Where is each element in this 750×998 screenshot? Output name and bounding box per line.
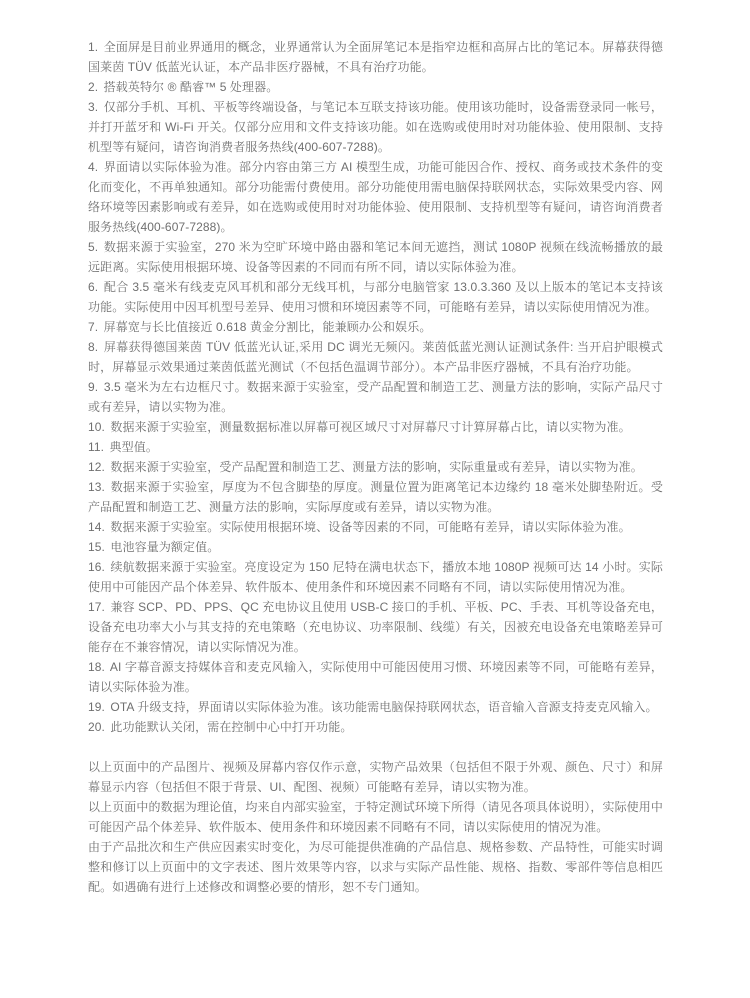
footnote-item: 9. 3.5 毫米为左右边框尺寸。数据来源于实验室，受产品配置和制造工艺、测量方…	[88, 377, 663, 417]
footnote-item: 4. 界面请以实际体验为准。部分内容由第三方 AI 模型生成，功能可能因合作、授…	[88, 157, 663, 237]
footnote-item: 12. 数据来源于实验室，受产品配置和制造工艺、测量方法的影响，实际重量或有差异…	[88, 457, 663, 477]
footnote-item: 8. 屏幕获得德国莱茵 TÜV 低蓝光认证,采用 DC 调光无频闪。莱茵低蓝光测…	[88, 337, 663, 377]
footnote-item: 14. 数据来源于实验室。实际使用根据环境、设备等因素的不同，可能略有差异，请以…	[88, 517, 663, 537]
footnote-number: 7.	[88, 320, 98, 334]
footnote-text: 界面请以实际体验为准。部分内容由第三方 AI 模型生成，功能可能因合作、授权、商…	[88, 160, 663, 234]
footnote-item: 1. 全面屏是目前业界通用的概念，业界通常认为全面屏笔记本是指窄边框和高屏占比的…	[88, 37, 663, 77]
footnote-item: 15. 电池容量为额定值。	[88, 537, 663, 557]
footnote-text: 典型值。	[110, 440, 158, 454]
footnote-item: 7. 屏幕宽与长比值接近 0.618 黄金分割比，能兼顾办公和娱乐。	[88, 317, 663, 337]
footnote-text: 兼容 SCP、PD、PPS、QC 充电协议且使用 USB-C 接口的手机、平板、…	[88, 600, 663, 654]
footnote-item: 16. 续航数据来源于实验室。亮度设定为 150 尼特在满电状态下，播放本地 1…	[88, 557, 663, 597]
footnote-number: 12.	[88, 460, 105, 474]
footnote-text: 电池容量为额定值。	[110, 540, 219, 554]
footnote-number: 11.	[88, 440, 104, 454]
footnote-item: 19. OTA 升级支持，界面请以实际体验为准。该功能需电脑保持联网状态，语音输…	[88, 697, 663, 717]
footnote-item: 3. 仅部分手机、耳机、平板等终端设备，与笔记本互联支持该功能。使用该功能时，设…	[88, 97, 663, 157]
disclaimer-section: 以上页面中的产品图片、视频及屏幕内容仅作示意，实物产品效果（包括但不限于外观、颜…	[88, 757, 663, 897]
product-disclaimer-page: 1. 全面屏是目前业界通用的概念，业界通常认为全面屏笔记本是指窄边框和高屏占比的…	[0, 0, 750, 998]
footnote-number: 19.	[88, 700, 105, 714]
footnote-text: 数据来源于实验室。实际使用根据环境、设备等因素的不同，可能略有差异，请以实际体验…	[110, 520, 630, 534]
disclaimer-paragraph: 以上页面中的数据为理论值，均来自内部实验室，于特定测试环境下所得（请见各项具体说…	[88, 797, 663, 837]
footnote-item: 11. 典型值。	[88, 437, 663, 457]
footnote-text: 配合 3.5 毫米有线麦克风耳机和部分无线耳机，与部分电脑管家 13.0.3.3…	[88, 280, 663, 314]
footnote-number: 2.	[88, 80, 98, 94]
footnote-text: OTA 升级支持，界面请以实际体验为准。该功能需电脑保持联网状态，语音输入音源支…	[110, 700, 657, 714]
footnotes-list: 1. 全面屏是目前业界通用的概念，业界通常认为全面屏笔记本是指窄边框和高屏占比的…	[88, 37, 663, 737]
footnote-item: 20. 此功能默认关闭，需在控制中心中打开功能。	[88, 717, 663, 737]
footnote-text: 数据来源于实验室，受产品配置和制造工艺、测量方法的影响，实际重量或有差异，请以实…	[110, 460, 642, 474]
footnote-text: AI 字幕音源支持媒体音和麦克风输入，实际使用中可能因使用习惯、环境因素等不同，…	[88, 660, 663, 694]
footnote-text: 全面屏是目前业界通用的概念，业界通常认为全面屏笔记本是指窄边框和高屏占比的笔记本…	[88, 40, 663, 74]
footnote-number: 6.	[88, 280, 98, 294]
footnote-number: 4.	[88, 160, 98, 174]
footnote-number: 9.	[88, 380, 98, 394]
footnote-text: 数据来源于实验室，测量数据标准以屏幕可视区域尺寸对屏幕尺寸计算屏幕占比，请以实物…	[110, 420, 630, 434]
footnote-text: 此功能默认关闭，需在控制中心中打开功能。	[110, 720, 352, 734]
footnote-text: 数据来源于实验室，270 米为空旷环境中路由器和笔记本间无遮挡，测试 1080P…	[88, 240, 663, 274]
footnote-number: 16.	[88, 560, 105, 574]
footnote-number: 3.	[88, 100, 98, 114]
disclaimer-paragraph: 以上页面中的产品图片、视频及屏幕内容仅作示意，实物产品效果（包括但不限于外观、颜…	[88, 757, 663, 797]
footnote-item: 10. 数据来源于实验室，测量数据标准以屏幕可视区域尺寸对屏幕尺寸计算屏幕占比，…	[88, 417, 663, 437]
footnote-text: 数据来源于实验室，厚度为不包含脚垫的厚度。测量位置为距离笔记本边缘约 18 毫米…	[88, 480, 663, 514]
footnote-item: 6. 配合 3.5 毫米有线麦克风耳机和部分无线耳机，与部分电脑管家 13.0.…	[88, 277, 663, 317]
footnote-number: 17.	[88, 600, 105, 614]
footnote-number: 5.	[88, 240, 98, 254]
footnote-text: 仅部分手机、耳机、平板等终端设备，与笔记本互联支持该功能。使用该功能时，设备需登…	[88, 100, 663, 154]
footnote-text: 搭载英特尔 ® 酷睿™ 5 处理器。	[104, 80, 279, 94]
disclaimer-paragraph: 由于产品批次和生产供应因素实时变化，为尽可能提供准确的产品信息、规格参数、产品特…	[88, 837, 663, 897]
footnote-number: 14.	[88, 520, 105, 534]
footnote-number: 8.	[88, 340, 98, 354]
footnote-text: 屏幕宽与长比值接近 0.618 黄金分割比，能兼顾办公和娱乐。	[104, 320, 432, 334]
footnote-number: 15.	[88, 540, 105, 554]
footnote-text: 屏幕获得德国莱茵 TÜV 低蓝光认证,采用 DC 调光无频闪。莱茵低蓝光测认证测…	[88, 340, 663, 374]
footnote-text: 3.5 毫米为左右边框尺寸。数据来源于实验室，受产品配置和制造工艺、测量方法的影…	[88, 380, 663, 414]
footnote-item: 5. 数据来源于实验室，270 米为空旷环境中路由器和笔记本间无遮挡，测试 10…	[88, 237, 663, 277]
footnote-number: 1.	[88, 40, 98, 54]
footnote-number: 18.	[88, 660, 105, 674]
footnote-number: 20.	[88, 720, 105, 734]
footnote-item: 13. 数据来源于实验室，厚度为不包含脚垫的厚度。测量位置为距离笔记本边缘约 1…	[88, 477, 663, 517]
footnote-item: 17. 兼容 SCP、PD、PPS、QC 充电协议且使用 USB-C 接口的手机…	[88, 597, 663, 657]
footnote-number: 10.	[88, 420, 105, 434]
footnote-text: 续航数据来源于实验室。亮度设定为 150 尼特在满电状态下，播放本地 1080P…	[88, 560, 663, 594]
footnote-item: 18. AI 字幕音源支持媒体音和麦克风输入，实际使用中可能因使用习惯、环境因素…	[88, 657, 663, 697]
footnote-number: 13.	[88, 480, 105, 494]
footnote-item: 2. 搭载英特尔 ® 酷睿™ 5 处理器。	[88, 77, 663, 97]
